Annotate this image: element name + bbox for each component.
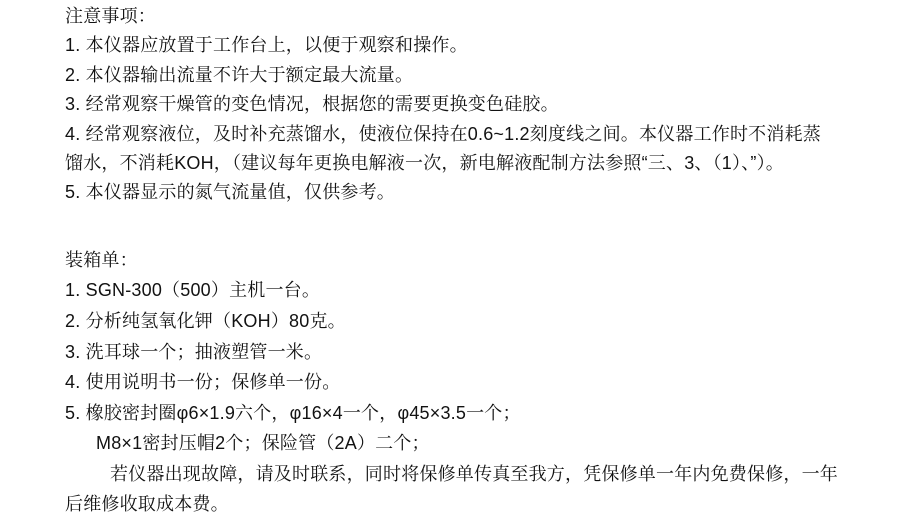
- notice-item-4: 4. 经常观察液位，及时补充蒸馏水，使液位保持在0.6~1.2刻度线之间。本仪器…: [65, 120, 900, 149]
- packing-item-4: 4. 使用说明书一份；保修单一份。: [65, 367, 900, 398]
- document-content: 注意事项： 1. 本仪器应放置于工作台上，以便于观察和操作。 2. 本仪器输出流…: [65, 2, 900, 520]
- packing-item-3: 3. 洗耳球一个；抽液塑管一米。: [65, 337, 900, 368]
- packing-item-1: 1. SGN-300（500）主机一台。: [65, 275, 900, 306]
- warranty-note-continued: 后维修收取成本费。: [65, 489, 900, 520]
- notice-section-title: 注意事项：: [65, 2, 900, 31]
- notice-item-2: 2. 本仪器输出流量不许大于额定最大流量。: [65, 61, 900, 90]
- notice-item-4-continued: 馏水，不消耗KOH，（建议每年更换电解液一次，新电解液配制方法参照“三、3、（1…: [65, 149, 900, 178]
- notice-item-3: 3. 经常观察干燥管的变色情况，根据您的需要更换变色硅胶。: [65, 90, 900, 119]
- packing-list-title: 装箱单：: [65, 245, 900, 276]
- document-page: 注意事项： 1. 本仪器应放置于工作台上，以便于观察和操作。 2. 本仪器输出流…: [0, 0, 900, 525]
- notice-section: 注意事项： 1. 本仪器应放置于工作台上，以便于观察和操作。 2. 本仪器输出流…: [65, 2, 900, 208]
- warranty-note: 若仪器出现故障，请及时联系，同时将保修单传真至我方，凭保修单一年内免费保修，一年: [65, 459, 900, 490]
- notice-item-5: 5. 本仪器显示的氮气流量值，仅供参考。: [65, 178, 900, 207]
- packing-item-5-continued: M8×1密封压帽2个；保险管（2A）二个；: [65, 428, 900, 459]
- packing-item-2: 2. 分析纯氢氧化钾（KOH）80克。: [65, 306, 900, 337]
- packing-list-section: 装箱单： 1. SGN-300（500）主机一台。 2. 分析纯氢氧化钾（KOH…: [65, 245, 900, 520]
- packing-item-5: 5. 橡胶密封圈φ6×1.9六个，φ16×4一个，φ45×3.5一个；: [65, 398, 900, 429]
- notice-item-1: 1. 本仪器应放置于工作台上，以便于观察和操作。: [65, 31, 900, 60]
